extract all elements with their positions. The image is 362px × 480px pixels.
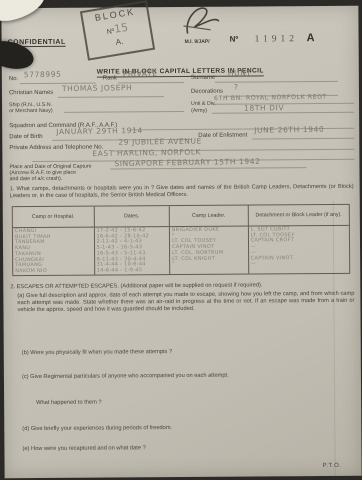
unit-div-value-line1: 6TH BN. ROYAL NORFOLK REGT xyxy=(214,93,327,102)
address-value-line1: 29 JUBILEE AVENUE xyxy=(118,136,202,146)
scanned-document-photo: CONFIDENTIAL BLOCK Nº15 A. M.I. 9/JAP/ N… xyxy=(0,0,362,480)
date-entry: 14-6-44 - 1-9-45 xyxy=(97,268,168,274)
ship-label-line2: or Merchant Navy) xyxy=(9,108,53,114)
christian-names-label: Christian Names xyxy=(9,90,53,96)
number-value: 5778995 xyxy=(24,70,62,80)
column-dates: 17-2-42 - 15-6-42 16-6-42 - 28-10-42 2-1… xyxy=(94,227,170,275)
unit-div-label-line2: (Army) xyxy=(191,108,207,114)
decorations-value: ? xyxy=(234,83,239,92)
date-of-birth-label: Date of Birth xyxy=(9,134,42,140)
section2-heading: 2. ESCAPES OR ATTEMPTED ESCAPES. (Additi… xyxy=(10,282,354,291)
reference-code: M.I. 9/JAP/ xyxy=(185,39,210,45)
serial-number: 11912 xyxy=(255,34,298,44)
camp-leader-entry: " xyxy=(172,262,246,268)
section1-intro: 1. What camps, detachments or hospitals … xyxy=(10,184,354,200)
signature-initials-icon xyxy=(177,2,229,42)
decorations-label: Decorations xyxy=(191,89,223,95)
header-dates: Dates. xyxy=(94,206,170,227)
page-turn-over-note: P.T.O. xyxy=(323,463,342,469)
section2-question-c: (c) Give Regimental particulars of anyon… xyxy=(22,372,352,381)
camps-table: Camp or Hospital. Dates. Camp Leader. De… xyxy=(12,204,350,276)
unit-div-value-line2: 18TH DIV xyxy=(244,103,284,113)
camp-entry: NAKOM NIO xyxy=(15,269,92,275)
section2-question-d: (d) Give briefly your experiences during… xyxy=(22,424,352,433)
address-value-line2: EAST HARLING, NORFOLK xyxy=(92,147,201,158)
camps-table-body: CHANGI BUKIT TIMAH TANBERAM KANU TAKANUN… xyxy=(13,226,349,275)
christian-names-value: THOMAS JOSEPH xyxy=(62,83,133,93)
block-number-stamp: BLOCK Nº15 A. xyxy=(80,0,155,60)
header-camp-leader: Camp Leader. xyxy=(170,206,249,227)
serial-no-label: Nº xyxy=(230,35,239,44)
capture-value: SINGAPORE FEBRUARY 15TH 1942 xyxy=(114,157,260,168)
rank-value: PRIVATE xyxy=(123,69,158,79)
series-letter: A xyxy=(307,32,315,44)
surname-value: HUNT xyxy=(228,68,252,77)
column-camp-leaders: BRIGADIER DUKE " LT. COL TOOSEY CAPTAIN … xyxy=(170,227,249,275)
stamp-block-number: 15 xyxy=(113,21,129,36)
section2-question-e: (e) How were you recaptured and on what … xyxy=(22,444,352,453)
capture-label-line3: and date of a/c crash). xyxy=(10,176,63,182)
number-label: No. xyxy=(9,76,18,82)
section2-question-c2: What happened to them ? xyxy=(36,398,336,407)
section2-question-a: (a) Give full description and approx. da… xyxy=(17,291,354,314)
date-of-birth-value: JANUARY 29TH 1914 xyxy=(56,126,143,136)
pow-questionnaire-page: CONFIDENTIAL BLOCK Nº15 A. M.I. 9/JAP/ N… xyxy=(1,6,361,478)
camps-table-header: Camp or Hospital. Dates. Camp Leader. De… xyxy=(13,205,349,228)
header-camp-or-hospital: Camp or Hospital. xyxy=(13,207,95,228)
enlistment-label: Date of Enlistment xyxy=(198,133,247,139)
enlistment-value: JUNE 26TH 1940 xyxy=(254,125,324,135)
section2-question-b: (b) Were you physically fit when you mad… xyxy=(22,348,352,357)
address-label: Private Address and Telephone No. xyxy=(9,145,103,152)
surname-label: Surname xyxy=(191,75,215,81)
column-camps: CHANGI BUKIT TIMAH TANBERAM KANU TAKANUN… xyxy=(13,228,95,276)
rank-label: Rank xyxy=(103,75,117,81)
